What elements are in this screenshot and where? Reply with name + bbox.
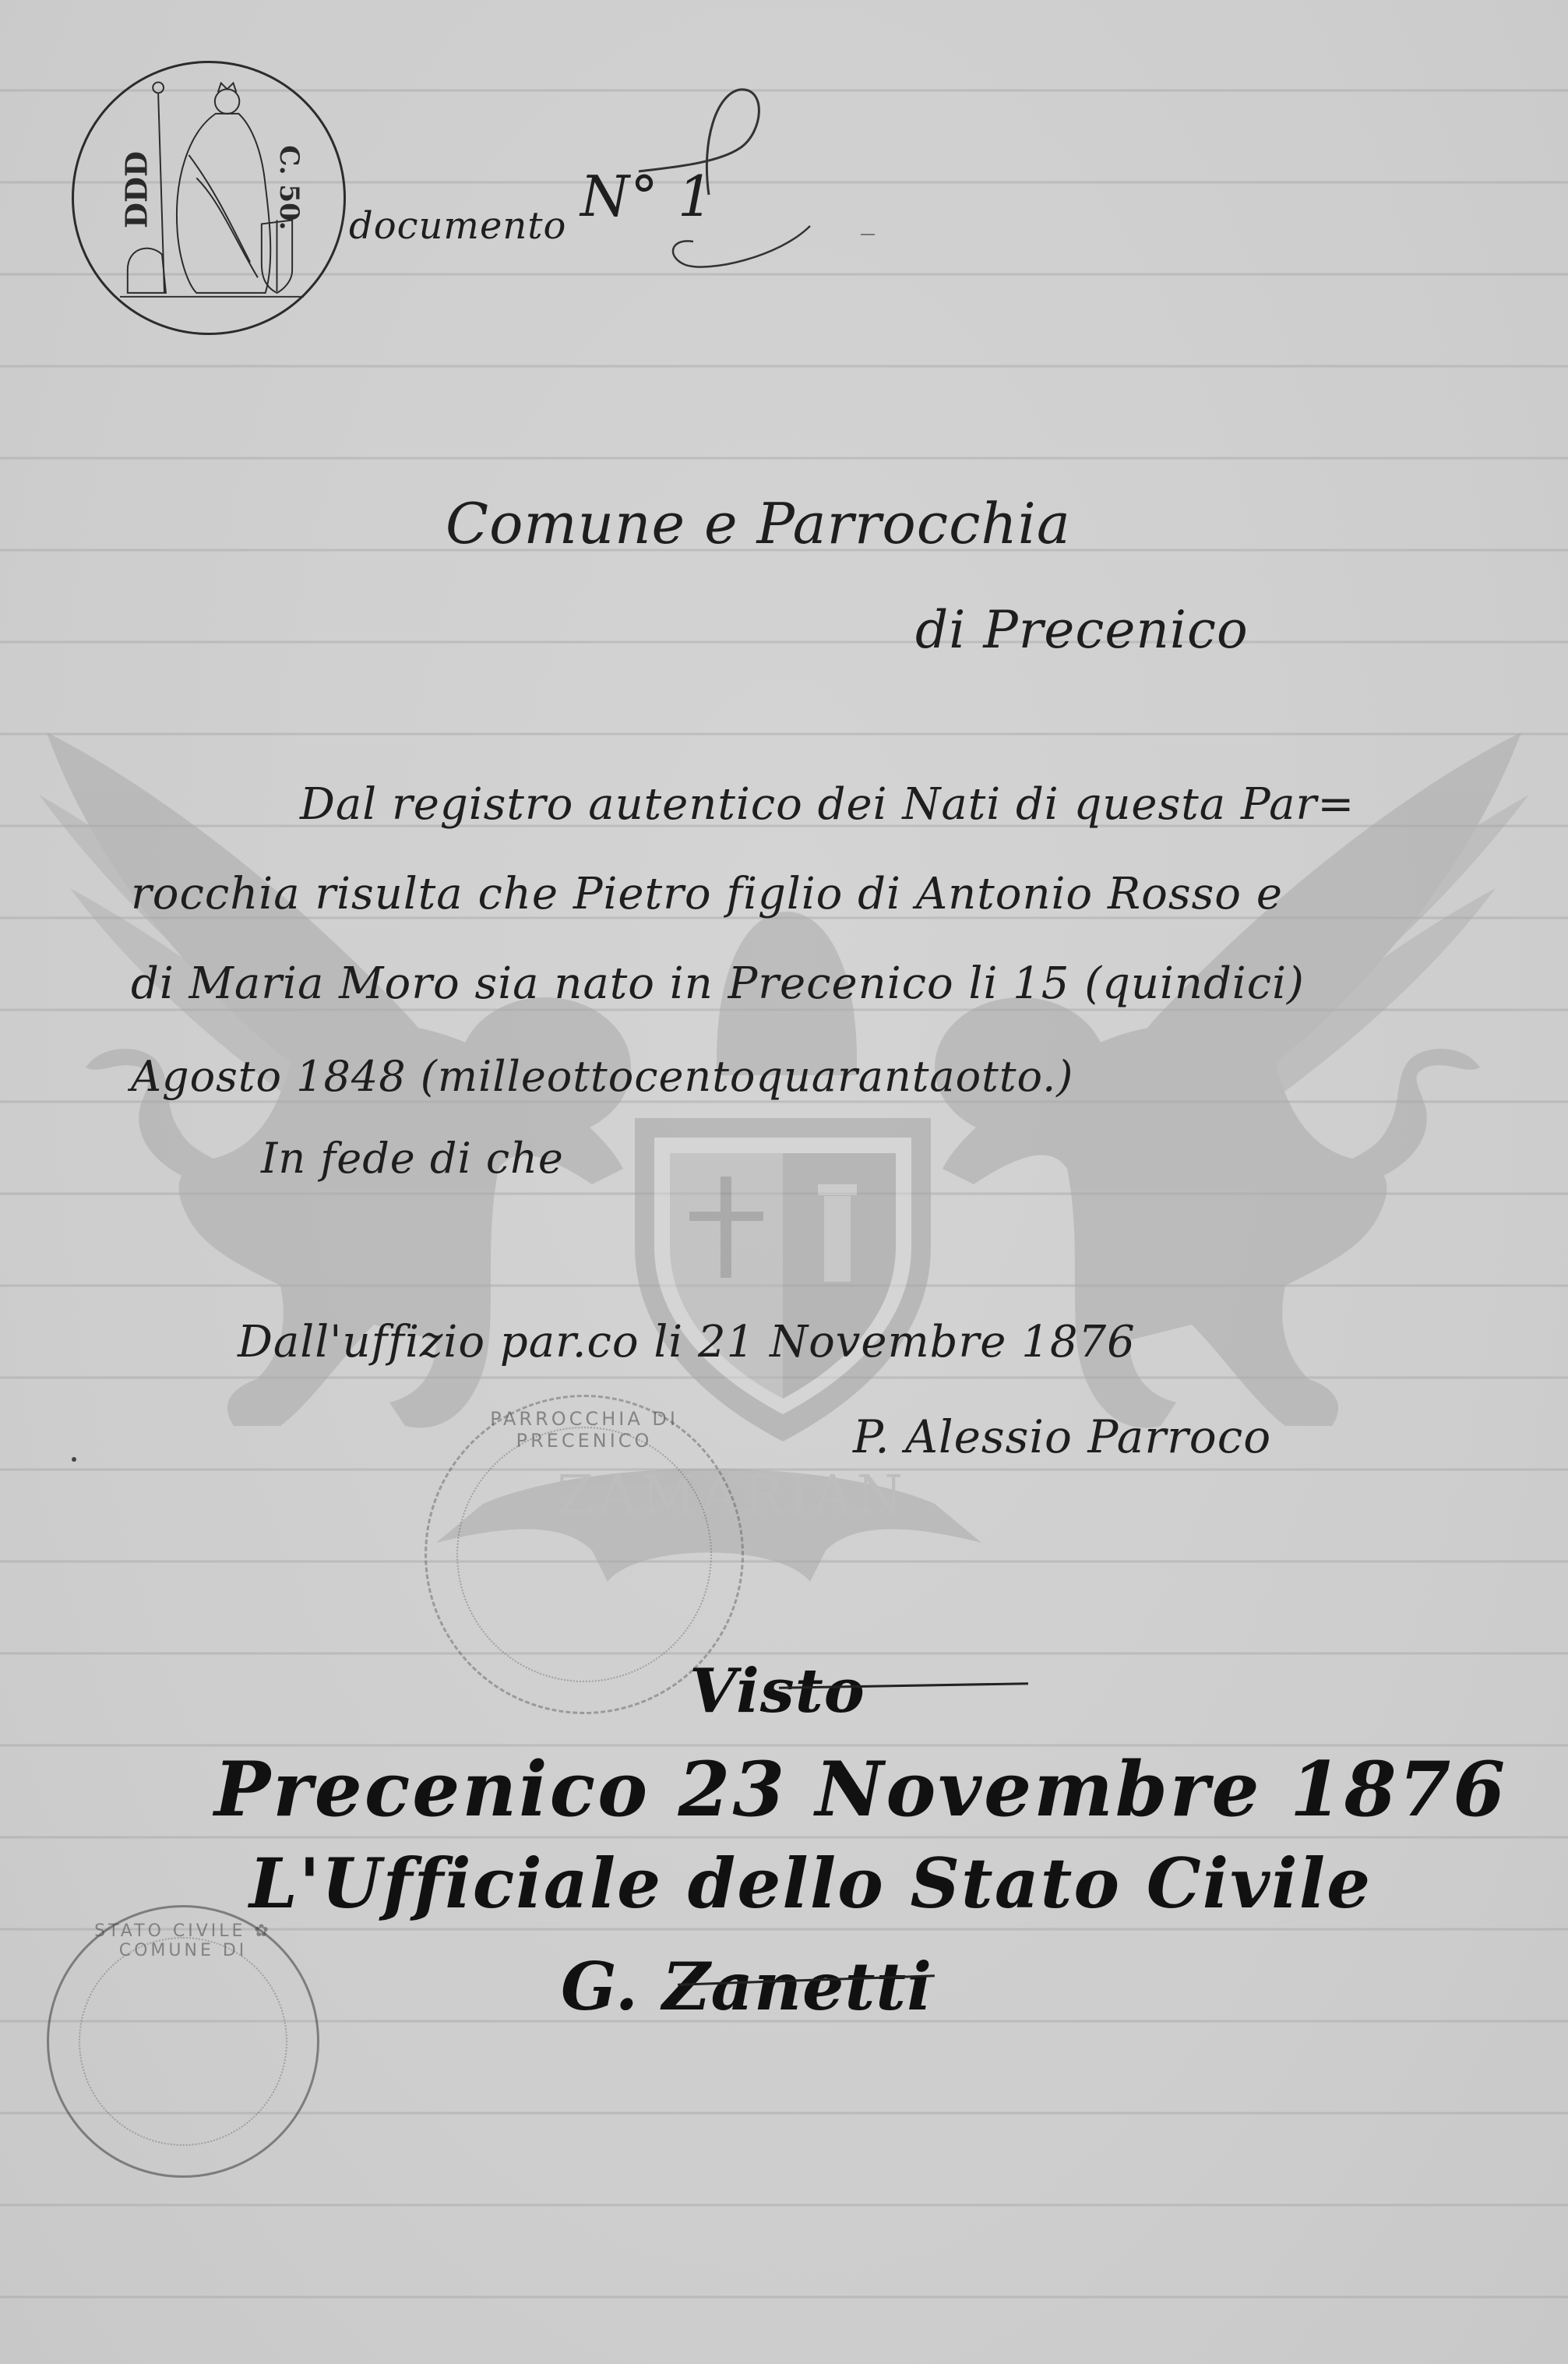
body-line-4: Agosto 1848 (milleottocentoquarantaotto.… (131, 1052, 1073, 1101)
body-closing: In fede di che (261, 1134, 564, 1183)
body-line-2: rocchia risulta che Pietro figlio di Ant… (131, 869, 1283, 919)
body-line-3: di Maria Moro sia nato in Precenico li 1… (131, 958, 1305, 1009)
body-line-1: Dal registro autentico dei Nati di quest… (300, 779, 1355, 830)
visto-label: Visto (689, 1656, 865, 1727)
revenue-stamp-seal: DDD C. 50. (72, 61, 346, 335)
title-di-precenico: di Precenico (915, 600, 1249, 660)
margin-dash (861, 234, 875, 235)
document-label: documento (349, 204, 566, 248)
parish-stamp-text: PARROCCHIA DI PRECENICO (427, 1408, 742, 1452)
number-flourish-icon (592, 78, 826, 296)
parish-signature: P. Alessio Parroco (853, 1410, 1271, 1463)
civil-office: L'Ufficiale dello Stato Civile (249, 1843, 1372, 1924)
seal-right-text: C. 50. (273, 141, 305, 235)
civil-stamp-text: STATO CIVILE ✿ COMUNE DI (49, 1921, 317, 1960)
ink-dot (72, 1457, 76, 1462)
parish-place-date: Dall'uffizio par.co li 21 Novembre 1876 (238, 1317, 1136, 1367)
seal-left-text: DDD (119, 143, 154, 237)
title-comune-parrocchia: Comune e Parrocchia (446, 491, 1071, 556)
civil-place-date: Precenico 23 Novembre 1876 (214, 1745, 1507, 1833)
civil-registry-stamp: STATO CIVILE ✿ COMUNE DI (47, 1905, 319, 2178)
civil-signature: G. Zanetti (561, 1948, 932, 2025)
